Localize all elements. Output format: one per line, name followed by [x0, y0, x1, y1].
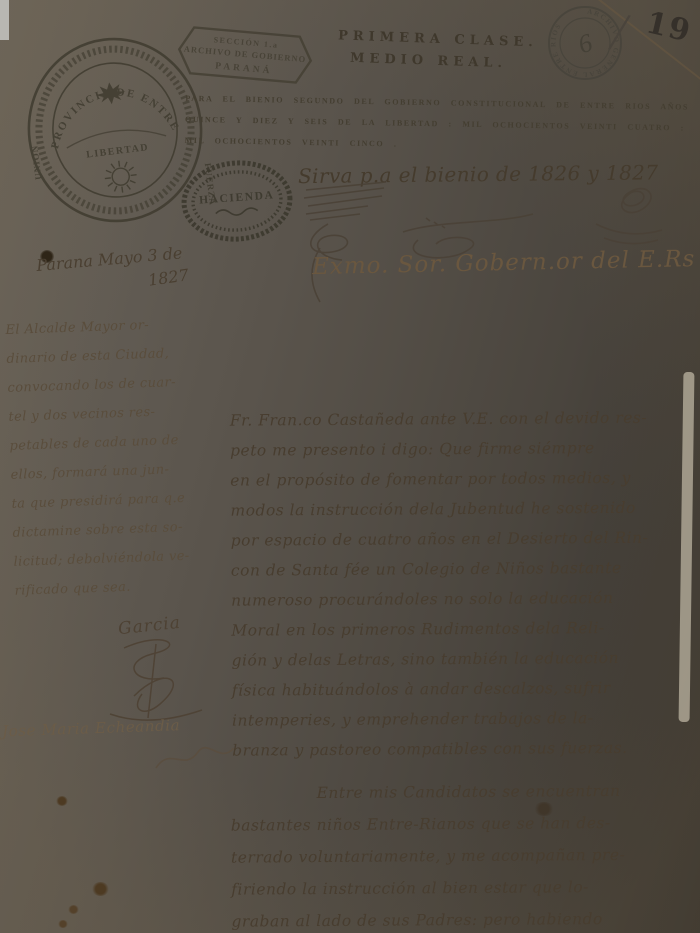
ink-spot	[56, 796, 68, 806]
body-line: modos la instrucción dela Jubentud he so…	[230, 492, 695, 525]
body-line: numeroso procurándoles no solo la educac…	[231, 582, 696, 615]
hacienda-stamp: HACIENDA	[178, 156, 295, 246]
body-line: peto me presento i digo: Que firme siémp…	[230, 432, 695, 465]
witness-rubric	[150, 738, 240, 783]
body-line: Moral en los primeros Rudimentos dela Re…	[231, 612, 696, 645]
rubric-flourishes	[298, 178, 678, 303]
seal-libertad-text: LIBERTAD	[86, 142, 150, 161]
petition-body: Fr. Fran.co Castañeda ante V.E. con el d…	[230, 402, 698, 765]
ink-spot	[58, 920, 68, 928]
body-line: física habituándolos à andar descalzos, …	[232, 672, 697, 705]
ink-spot	[68, 905, 79, 914]
seal-sun-icon	[103, 159, 139, 195]
petition-body-second-paragraph: Entre mis Candidatos se encuentran basta…	[230, 774, 696, 933]
seccion-line3: PARANÁ	[215, 59, 273, 76]
body-line: firiendo la instrucción al bien estar qu…	[231, 870, 696, 905]
seal-union-text: UNION	[29, 144, 43, 180]
hacienda-flourish	[216, 208, 258, 217]
body-line: Entre mis Candidatos se encuentran	[230, 774, 695, 809]
margin-decree-note: El Alcalde Mayor or- dinario de esta Ciu…	[5, 308, 237, 606]
body-line: Fr. Fran.co Castañeda ante V.E. con el d…	[230, 402, 695, 435]
seccion-archivo-stamp: SECCIÓN 1.a ARCHIVO DE GOBIERNO PARANÁ	[174, 20, 317, 90]
printed-paragraph: PARA EL BIENIO SEGUNDO DEL GOBIERNO CONS…	[184, 88, 663, 159]
ink-spot	[92, 882, 109, 896]
background-sliver	[0, 0, 9, 40]
body-line: graban al lado de sus Padres: pero habie…	[231, 902, 696, 933]
document-photo: { "photo": { "folio_number": "19", "foli…	[0, 0, 700, 933]
body-line: gión y delas Letras, sino también la edu…	[231, 642, 696, 675]
body-line: por espacio de cuatro años en el Desiert…	[231, 522, 696, 555]
body-line: bastantes niños Entre-Rianos que se han …	[231, 806, 696, 841]
body-line: intemperies, y emprehender trabajos de l…	[232, 702, 697, 735]
body-line: en el propósito de fomentar por todos me…	[230, 462, 695, 495]
body-line: con de Santa fée un Colegio de Niños bas…	[231, 552, 696, 585]
body-line: branza y pastoreo compatibles con sus fu…	[232, 732, 697, 765]
body-line: terrado voluntariamente, y me acompañan …	[231, 838, 696, 873]
hacienda-label: HACIENDA	[199, 189, 275, 206]
